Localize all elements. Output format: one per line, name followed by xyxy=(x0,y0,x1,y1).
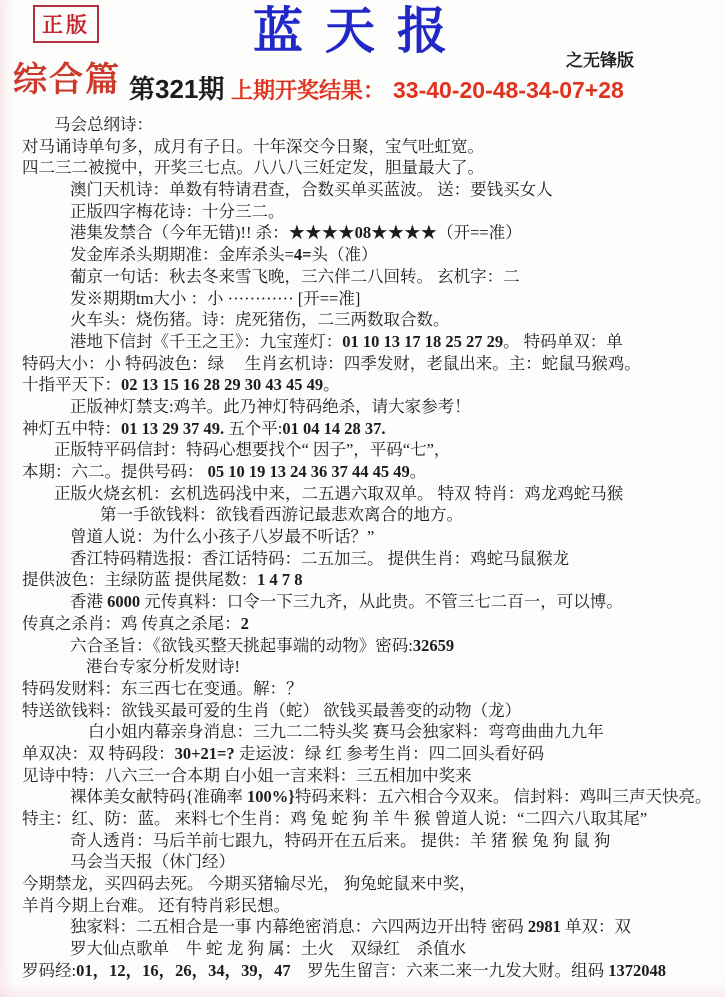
text-line: 马会当天报（休门经） xyxy=(22,851,717,873)
text-line: 罗码经:01，12，16，26，34，39，47 罗先生留言：六来二来一九发大财… xyxy=(22,960,717,982)
text-line: 特主：红、防：蓝。 来料七个生肖：鸡 兔 蛇 狗 羊 牛 猴 曾道人说：“二四六… xyxy=(22,808,717,830)
text-line: 单双决：双 特码段：30+21=? 走运波：绿 红 参考生肖：四二回头看好码 xyxy=(22,743,717,765)
edition-badge-label: 正版 xyxy=(42,9,90,39)
text-line: 曾道人说：为什么小孩子八岁最不听话？” xyxy=(22,526,717,548)
text-line: 发金库杀头期期准：金库杀头=4=头（准） xyxy=(22,244,717,266)
text-line: 奇人透肖：马后羊前七跟九，特码开在五后来。 提供：羊 猪 猴 兔 狗 鼠 狗 xyxy=(22,830,717,852)
text-line: 裸体美女献特码{准确率 100%}特码来料：五六相合今双来。 信封料：鸡叫三声天… xyxy=(22,786,717,808)
text-line: 独家料：二五相合是一事 内幕绝密消息：六四两边开出特 密码 2981 单双：双 xyxy=(22,916,717,938)
text-line: 罗大仙点歌单 牛 蛇 龙 狗 属：土火 双绿红 杀值水 xyxy=(22,938,717,960)
text-line: 香港 6000 元传真料：口令一下三九齐，从此贵。不管三七二百一，可以博。 xyxy=(22,591,717,613)
text-line: 六合圣旨：《欲钱买整天挑起事端的动物》密码:32659 xyxy=(22,635,717,657)
text-line: 对马诵诗单句多，成月有子日。十年深交今日聚，宝气吐虹宽。 xyxy=(22,136,717,158)
newspaper-page: 正版 蓝天报 之无锋版 综合篇 第321期 上期开奖结果：33-40-20-48… xyxy=(0,0,725,997)
text-line: 发※期期tm大小 ：小 ············ [开==准] xyxy=(22,288,717,310)
last-result-label: 上期开奖结果： xyxy=(231,78,385,103)
text-line: 羊肖今期上台难。 还有特肖彩民想。 xyxy=(22,895,717,917)
text-line: 澳门天机诗：单数有特请君查，合数买单买蓝波。 送：要钱买女人 xyxy=(22,179,717,201)
edition-badge: 正版 xyxy=(33,5,99,43)
text-line: 港台专家分析发财诗! xyxy=(22,656,717,678)
text-line: 白小姐内幕亲身消息：三九二二特头奖 赛马会独家料：弯弯曲曲九九年 xyxy=(22,721,717,743)
text-line: 四二三二被搅中，开奖三七点。八八八三妊定发，胆量最大了。 xyxy=(22,157,717,179)
page-title: 蓝天报 xyxy=(253,6,469,56)
text-line: 马会总纲诗： xyxy=(22,114,717,136)
text-line: 火车头：烧伤猪。诗：虎死猪伤，二三两数取合数。 xyxy=(22,309,717,331)
text-line: 提供波色：主绿防蓝 提供尾数：1 4 7 8 xyxy=(22,569,717,591)
text-line: 正版特平码信封：特码心想要找个“ 因子”，平码“七”， xyxy=(22,439,717,461)
text-line: 特码发财料：东三西七在变通。解：？ xyxy=(22,678,717,700)
text-line: 香江特码精选报：香江话特码：二五加三。 提供生肖：鸡蛇马鼠猴龙 xyxy=(22,548,717,570)
text-line: 本期：六二。提供号码： 05 10 19 13 24 36 37 44 45 4… xyxy=(22,461,717,483)
text-line: 十指平天下：02 13 15 16 28 29 30 43 45 49。 xyxy=(22,374,717,396)
section-label: 综合篇 xyxy=(13,60,121,101)
text-line: 特送欲钱料：欲钱买最可爱的生肖（蛇） 欲钱买最善变的动物（龙） xyxy=(22,700,717,722)
edition-subtitle: 之无锋版 xyxy=(566,46,634,71)
text-line: 今期禁龙，买四码去死。 今期买猪输尽光， 狗兔蛇鼠来中奖， xyxy=(22,873,717,895)
issue-number: 第321期 xyxy=(129,76,224,102)
text-line: 特码大小：小 特码波色：绿 生肖玄机诗：四季发财，老鼠出来。主：蛇鼠马猴鸡。 xyxy=(22,353,717,375)
text-line: 正版神灯禁支:鸡羊。此乃神灯特码绝杀，请大家参考！ xyxy=(22,396,717,418)
text-line: 神灯五中特：01 13 29 37 49. 五个平:01 04 14 28 37… xyxy=(22,418,717,440)
text-line: 见诗中特：八六三一合本期 白小姐一言来料：三五相加中奖来 xyxy=(22,765,717,787)
text-line: 正版火烧玄机：玄机选码浅中来，二五遇六取双单。 特双 特肖：鸡龙鸡蛇马猴 xyxy=(22,483,717,505)
text-line: 第一手欲钱料：欲钱看西游记最悲欢离合的地方。 xyxy=(22,504,717,526)
text-line: 正版四字梅花诗：十分三二。 xyxy=(22,201,717,223)
text-line: 港集发禁合（今年无错)!! 杀：★★★★08★★★★（开==准） xyxy=(22,222,717,244)
text-line: 葡京一句话：秋去冬来雪飞晚，三六伴二八回转。 玄机字：二 xyxy=(22,266,717,288)
text-line: 传真之杀肖：鸡 传真之杀尾：2 xyxy=(22,613,717,635)
last-result-numbers: 33-40-20-48-34-07+28 xyxy=(393,77,624,103)
body-text: 马会总纲诗：对马诵诗单句多，成月有子日。十年深交今日聚，宝气吐虹宽。四二三二被搅… xyxy=(0,112,725,982)
header: 正版 蓝天报 之无锋版 综合篇 第321期 上期开奖结果：33-40-20-48… xyxy=(0,0,725,112)
last-result: 上期开奖结果：33-40-20-48-34-07+28 xyxy=(231,78,624,103)
text-line: 港地下信封《千王之王》：九宝莲灯：01 10 13 17 18 25 27 29… xyxy=(22,331,717,353)
